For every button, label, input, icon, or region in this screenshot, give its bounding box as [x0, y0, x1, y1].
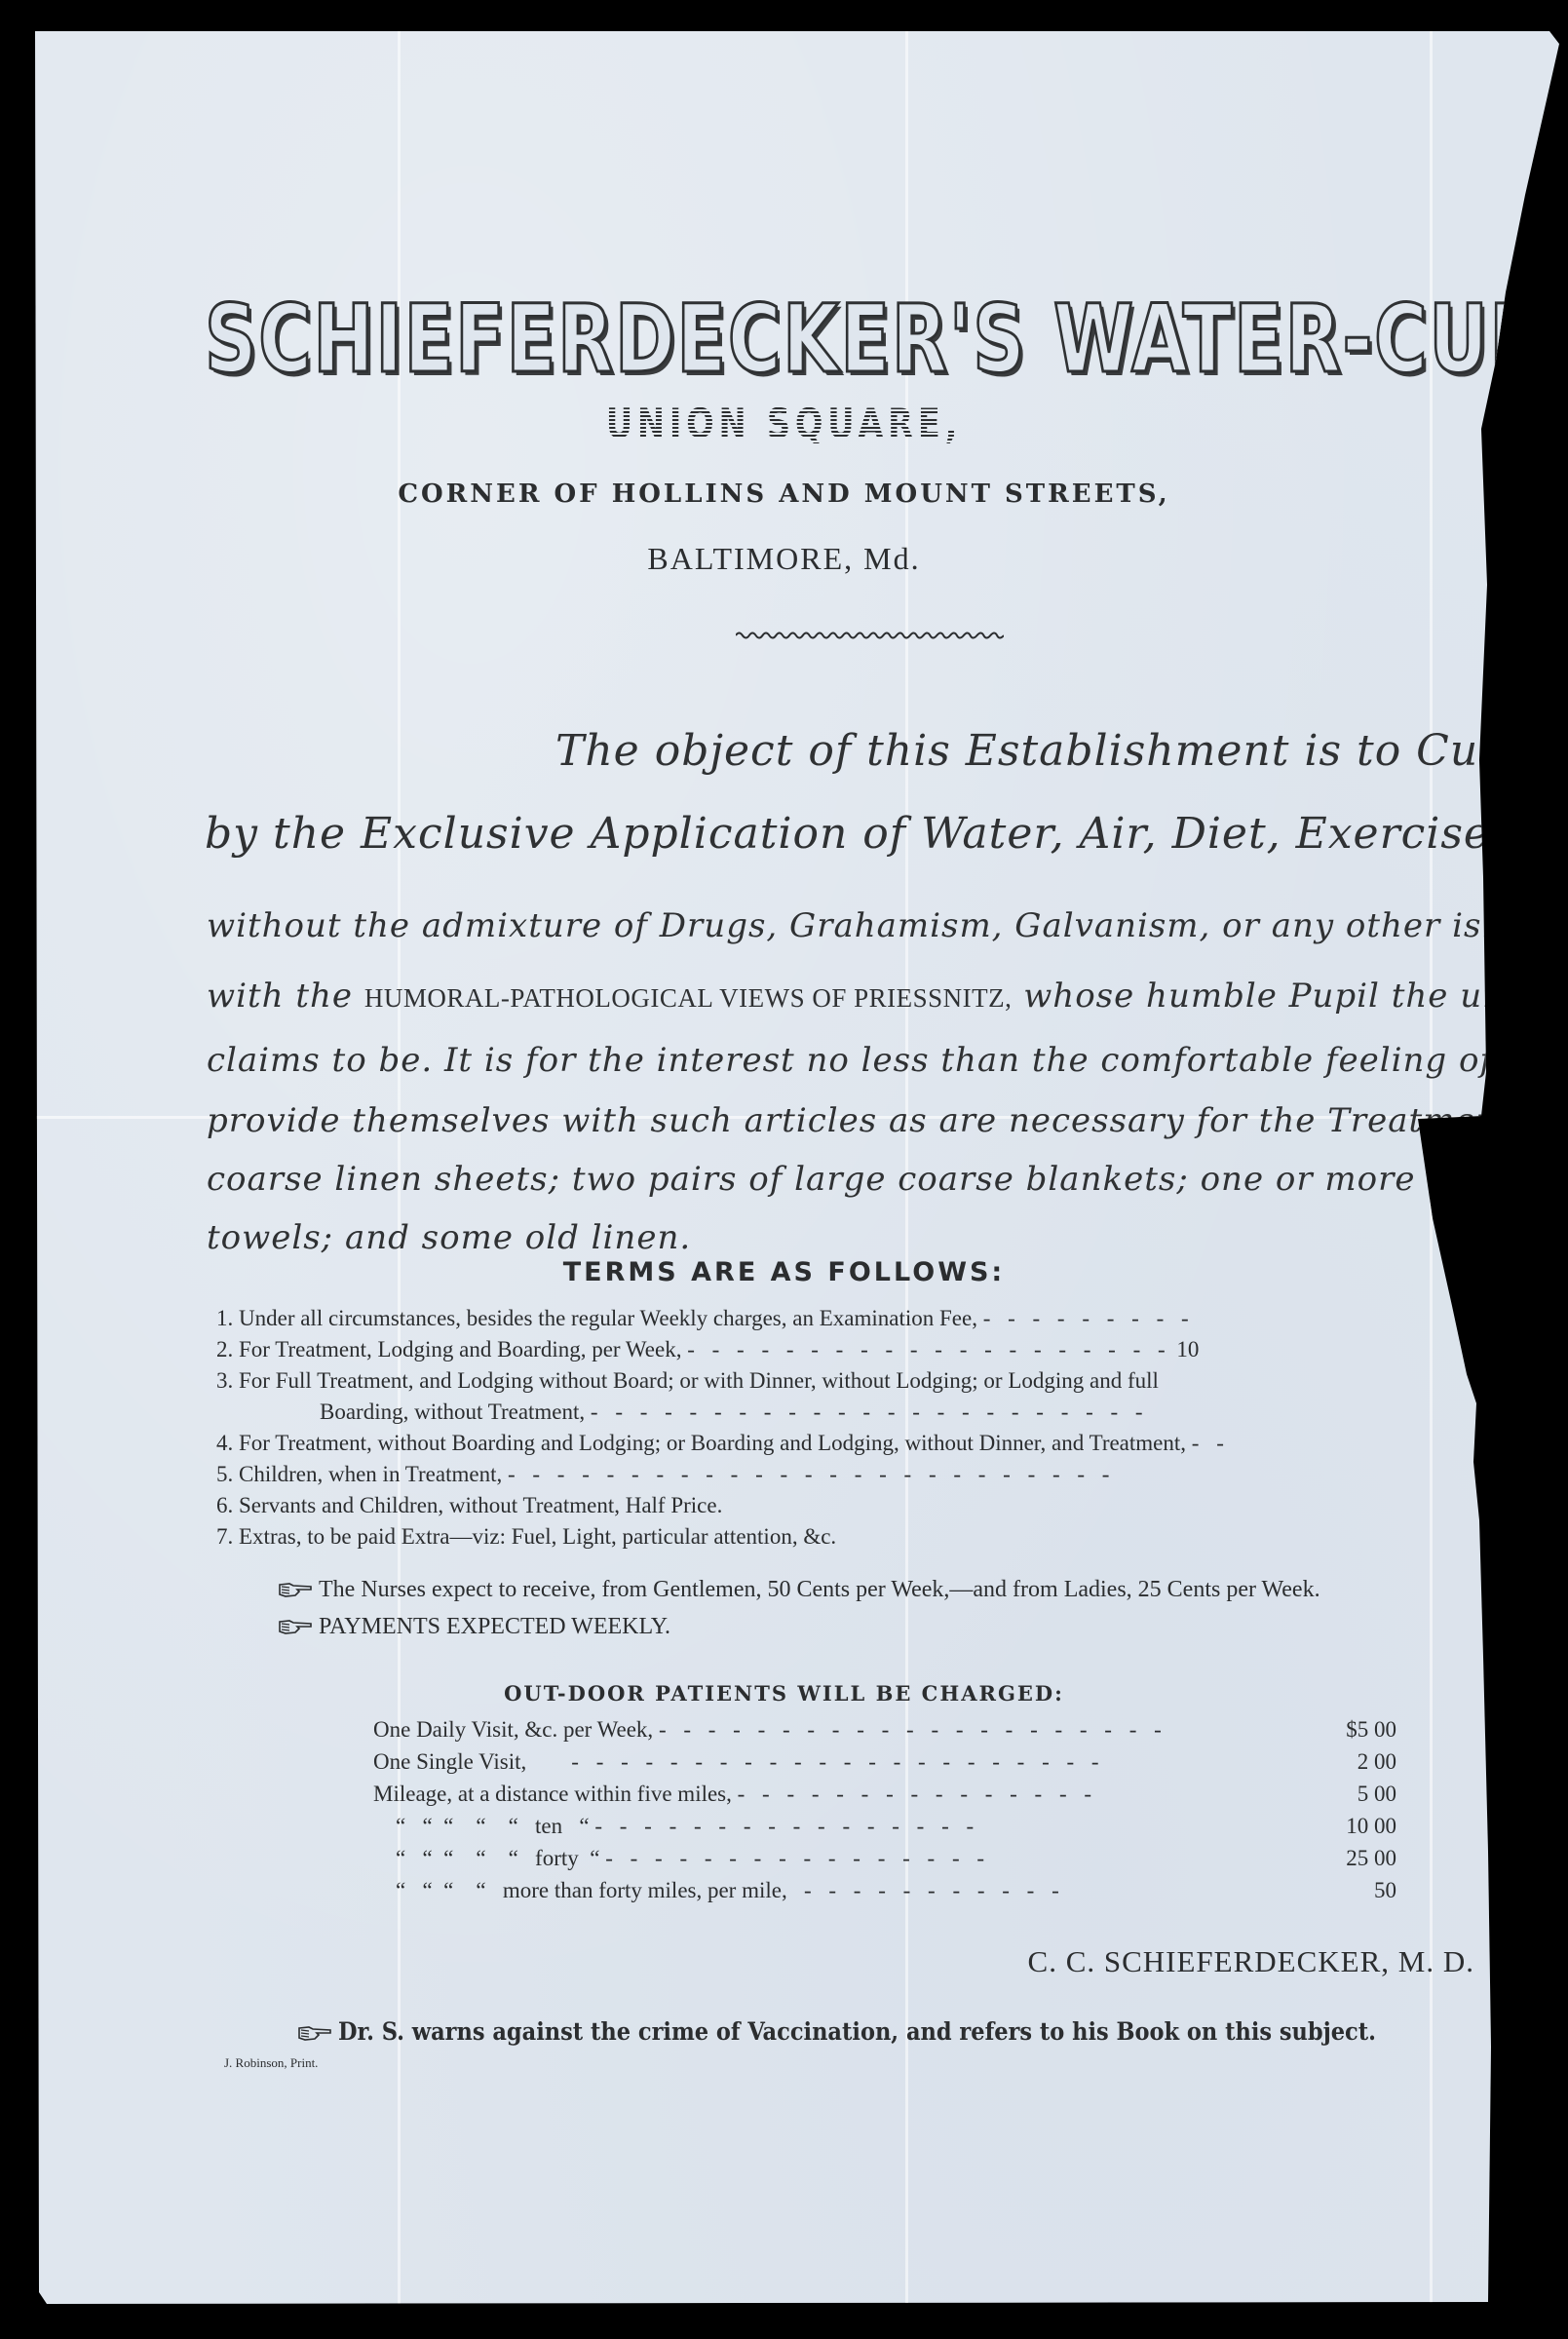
signature: C. C. SCHIEFERDECKER, M. D.	[1028, 1944, 1474, 1979]
terms-item: 3. For Full Treatment, and Lodging witho…	[216, 1368, 1159, 1394]
item-text: Extras, to be paid Extra—viz: Fuel, Ligh…	[239, 1524, 836, 1549]
vaccination-note: Dr. S. warns against the crime of Vaccin…	[297, 2017, 1376, 2046]
city: BALTIMORE, Md.	[0, 541, 1568, 577]
intro-text: whose humble Pupil the undersig	[1012, 977, 1568, 1016]
subtitle: UNION SQUARE,	[157, 400, 1411, 447]
dot-leader: - - - - - - - - - - - - - - -	[738, 1782, 1097, 1806]
pointing-hand-icon	[278, 1581, 313, 1598]
row-label: “ “ “ “ “ forty “	[396, 1846, 599, 1870]
outdoor-row: One Daily Visit, &c. per Week, - - - - -…	[373, 1717, 1396, 1743]
terms-item: 2. For Treatment, Lodging and Boarding, …	[216, 1337, 1199, 1362]
outdoor-row: “ “ “ “ more than forty miles, per mile,…	[373, 1878, 1396, 1903]
pointing-hand-icon	[297, 2024, 332, 2042]
pointing-hand-icon	[278, 1618, 313, 1635]
item-text: Under all circumstances, besides the reg…	[239, 1306, 977, 1330]
row-amount: 2 00	[1358, 1749, 1396, 1775]
row-amount: 50	[1374, 1878, 1396, 1903]
terms-item: 7. Extras, to be paid Extra—viz: Fuel, L…	[216, 1524, 836, 1550]
row-amount: 25 00	[1346, 1846, 1396, 1871]
intro-line: claims to be. It is for the interest no …	[207, 1041, 1568, 1080]
item-number: 6.	[216, 1493, 233, 1517]
item-text: Servants and Children, without Treatment…	[239, 1493, 722, 1517]
item-amount: 10	[1176, 1337, 1199, 1361]
outdoor-heading: OUT-DOOR PATIENTS WILL BE CHARGED:	[0, 1681, 1568, 1706]
row-amount: 10 00	[1346, 1814, 1396, 1839]
dot-leader: - - - - - - - - -	[983, 1306, 1195, 1330]
item-number: 1.	[216, 1306, 233, 1330]
intro-line: by the Exclusive Application of Water, A…	[205, 809, 1568, 859]
nurses-note: The Nurses expect to receive, from Gentl…	[278, 1577, 1320, 1603]
item-number: 7.	[216, 1524, 233, 1549]
terms-item: 6. Servants and Children, without Treatm…	[216, 1493, 722, 1518]
intro-line: with the HUMORAL-PATHOLOGICAL VIEWS OF P…	[207, 977, 1568, 1016]
broadside-paper: SCHIEFERDECKER'S WATER-CURE UNION SQUARE…	[0, 0, 1568, 2339]
intro-line: towels; and some old linen.	[207, 1218, 691, 1257]
row-label: Mileage, at a distance within five miles…	[373, 1782, 732, 1806]
dot-leader: - - - - - - - - - - -	[804, 1878, 1065, 1902]
terms-item: 4. For Treatment, without Boarding and L…	[216, 1431, 1230, 1456]
item-number: 2.	[216, 1337, 233, 1361]
item-number: 4.	[216, 1431, 233, 1455]
row-label: “ “ “ “ “ ten “	[396, 1814, 590, 1838]
intro-line: coarse linen sheets; two pairs of large …	[207, 1160, 1568, 1199]
outdoor-row: “ “ “ “ “ forty “ - - - - - - - - - - - …	[373, 1846, 1396, 1871]
dot-leader: - - - - - - - - - - - - - - - - - - - - …	[659, 1717, 1167, 1742]
address: CORNER OF HOLLINS AND MOUNT STREETS,	[0, 479, 1568, 509]
item-text: For Full Treatment, and Lodging without …	[239, 1368, 1159, 1393]
terms-item: Boarding, without Treatment, - - - - - -…	[320, 1400, 1149, 1425]
printer-credit: J. Robinson, Print.	[224, 2055, 318, 2071]
outdoor-row: One Single Visit, - - - - - - - - - - - …	[373, 1749, 1396, 1775]
note-text: Dr. S. warns against the crime of Vaccin…	[338, 2017, 1376, 2046]
row-label: One Daily Visit, &c. per Week,	[373, 1717, 653, 1742]
terms-item: 1. Under all circumstances, besides the …	[216, 1306, 1195, 1331]
row-label: One Single Visit,	[373, 1749, 526, 1774]
row-amount: $5 00	[1346, 1717, 1396, 1743]
page-title: SCHIEFERDECKER'S WATER-CURE	[205, 285, 1568, 394]
dot-leader: - - - - - - - - - - - - - - - -	[594, 1814, 979, 1838]
item-number: 5.	[216, 1462, 233, 1486]
item-text: For Treatment, Lodging and Boarding, per…	[239, 1337, 681, 1361]
dot-leader: - - - - - - - - - - - - - - - - - - - -	[687, 1337, 1170, 1361]
outdoor-row: Mileage, at a distance within five miles…	[373, 1782, 1396, 1807]
dot-leader: - - - - - - - - - - - - - - - - - - - - …	[571, 1749, 1104, 1774]
note-text: PAYMENTS EXPECTED WEEKLY.	[319, 1614, 670, 1639]
dot-leader: - - - - - - - - - - - - - - - - - - - - …	[591, 1400, 1149, 1424]
terms-item: 5. Children, when in Treatment, - - - - …	[216, 1462, 1115, 1487]
row-label: “ “ “ “ more than forty miles, per mile,	[396, 1878, 787, 1902]
intro-line: The object of this Establishment is to C…	[555, 726, 1568, 776]
intro-text: with the	[207, 977, 364, 1016]
payments-note: PAYMENTS EXPECTED WEEKLY.	[278, 1614, 670, 1640]
dot-leader: - -	[1192, 1431, 1230, 1455]
note-text: The Nurses expect to receive, from Gentl…	[319, 1577, 1320, 1602]
intro-line: provide themselves with such articles as…	[207, 1101, 1568, 1140]
item-number: 3.	[216, 1368, 233, 1393]
item-text: Children, when in Treatment,	[239, 1462, 502, 1486]
outdoor-row: “ “ “ “ “ ten “ - - - - - - - - - - - - …	[373, 1814, 1396, 1839]
terms-heading: TERMS ARE AS FOLLOWS:	[0, 1257, 1568, 1287]
dot-leader: - - - - - - - - - - - - - - - - - - - - …	[508, 1462, 1115, 1486]
row-amount: 5 00	[1358, 1782, 1396, 1807]
intro-line: without the admixture of Drugs, Grahamis…	[207, 906, 1568, 945]
intro-caps: HUMORAL-PATHOLOGICAL VIEWS OF PRIESSNITZ…	[364, 983, 1013, 1013]
item-text: For Treatment, without Boarding and Lodg…	[239, 1431, 1186, 1455]
wavy-divider	[736, 629, 1004, 642]
dot-leader: - - - - - - - - - - - - - - - -	[605, 1846, 990, 1870]
item-text: Boarding, without Treatment,	[320, 1400, 585, 1424]
